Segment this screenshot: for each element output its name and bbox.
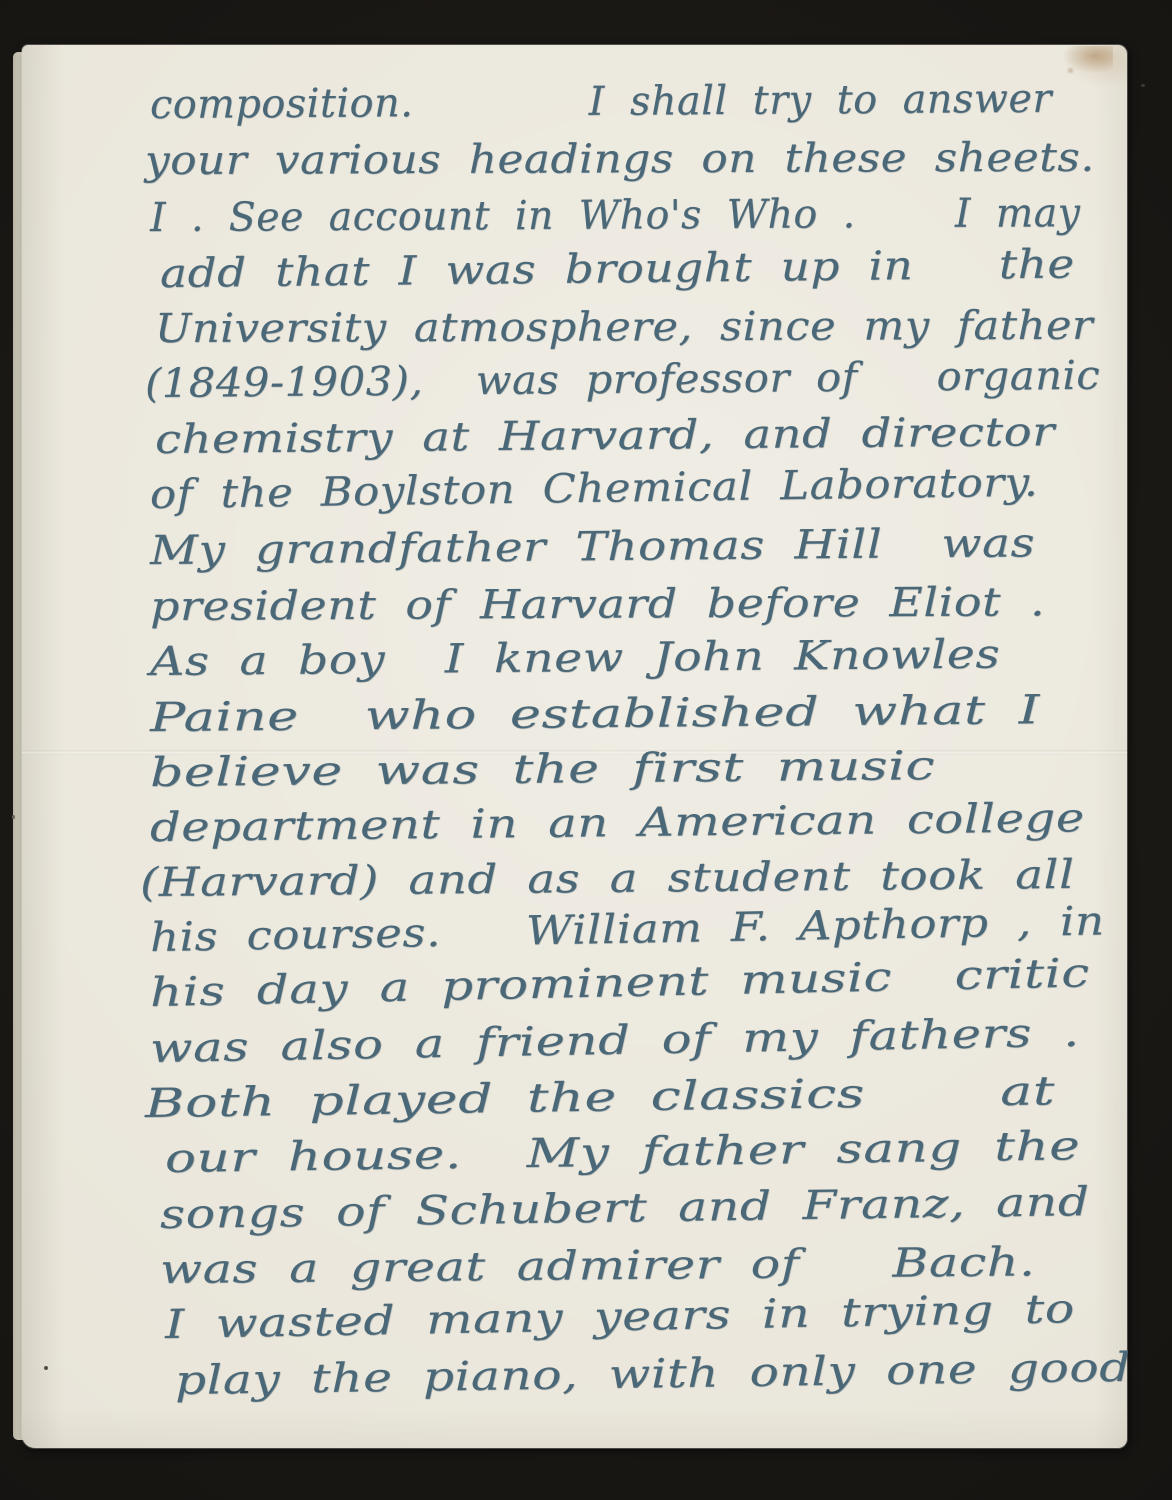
handwriting-line: your various headings on these sheets. xyxy=(145,131,1095,189)
handwriting-line: add that I was brought up in the xyxy=(160,237,1075,302)
handwriting-line: believe was the first music xyxy=(150,739,936,801)
handwriting-line: play the piano, with only one good xyxy=(175,1341,1132,1409)
letter-page: composition. I shall try to answeryour v… xyxy=(22,45,1127,1448)
handwriting-line: As a boy I knew John Knowles xyxy=(150,628,1001,690)
handwriting-lines: composition. I shall try to answeryour v… xyxy=(22,45,1127,1448)
handwriting-line: department in an American college xyxy=(150,791,1085,856)
handwriting-line: I . See account in Who's Who . I may xyxy=(150,186,1081,246)
dust-speck xyxy=(44,1366,48,1370)
handwriting-line: University atmosphere, since my father xyxy=(155,299,1093,357)
handwriting-line: Paine who established what I xyxy=(150,683,1041,746)
photo-background: composition. I shall try to answeryour v… xyxy=(0,0,1172,1500)
handwriting-line: composition. I shall try to answer xyxy=(150,72,1052,133)
handwriting-line: of the Boylston Chemical Laboratory. xyxy=(150,456,1039,523)
handwriting-line: (1849-1903), was professor of organic xyxy=(145,349,1101,412)
handwriting-line: My grandfather Thomas Hill was xyxy=(150,516,1036,579)
dust-speck xyxy=(1141,84,1145,87)
handwriting-line: songs of Schubert and Franz, and xyxy=(160,1175,1090,1243)
handwriting-line: president of Harvard before Eliot . xyxy=(150,575,1045,635)
dust-speck xyxy=(12,815,15,819)
